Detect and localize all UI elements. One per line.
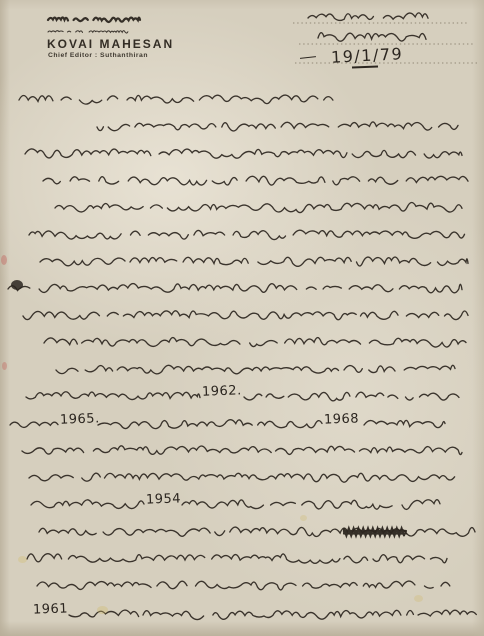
year-label: 1968 bbox=[324, 411, 360, 427]
year-label: 1954 bbox=[146, 491, 182, 507]
handwriting-line bbox=[40, 257, 468, 266]
handwriting-line bbox=[22, 446, 462, 455]
handwriting-line bbox=[55, 202, 462, 212]
handwriting-line bbox=[97, 122, 458, 131]
handwriting-line bbox=[19, 95, 333, 104]
handwriting-line bbox=[37, 581, 450, 590]
year-label: 1965. bbox=[60, 411, 100, 427]
year-label: 1961 bbox=[33, 601, 69, 617]
letterhead-tamil-script bbox=[48, 31, 128, 33]
handwriting-line bbox=[8, 284, 462, 293]
ink-blot bbox=[11, 280, 23, 290]
yellow-paper-stain bbox=[300, 515, 307, 521]
handwriting-line bbox=[26, 392, 459, 401]
handwriting-line bbox=[39, 527, 475, 536]
handwriting-line bbox=[23, 311, 468, 320]
handwriting-line bbox=[29, 473, 455, 482]
handwriting-line bbox=[29, 230, 465, 239]
pink-paper-stain bbox=[1, 255, 7, 265]
handwriting-line bbox=[25, 149, 462, 158]
yellow-paper-stain bbox=[18, 556, 27, 563]
letter-scan-page: KOVAI MAHESAN Chief Editor : Suthanthira… bbox=[0, 0, 484, 636]
handwriting-line bbox=[44, 338, 466, 348]
handwriting-line bbox=[43, 176, 468, 185]
dateline-handwriting bbox=[318, 33, 426, 42]
year-label: 1962. bbox=[202, 383, 242, 399]
letterhead-tamil-script bbox=[48, 18, 140, 22]
yellow-paper-stain bbox=[414, 595, 423, 602]
letterhead-english-name: KOVAI MAHESAN bbox=[47, 37, 174, 51]
pink-paper-stain bbox=[2, 362, 7, 370]
handwriting-line bbox=[56, 365, 455, 374]
handwriting-line bbox=[69, 610, 476, 619]
scratched-out-word bbox=[344, 529, 406, 536]
handwriting-line bbox=[27, 554, 447, 564]
yellow-paper-stain bbox=[97, 606, 108, 614]
handwriting-canvas bbox=[0, 0, 484, 636]
letterhead-english-subtitle: Chief Editor : Suthanthiran bbox=[48, 52, 148, 59]
dateline-handwriting bbox=[308, 13, 428, 21]
date-label: 19/1/79 bbox=[331, 44, 404, 67]
handwriting-line bbox=[31, 500, 440, 510]
